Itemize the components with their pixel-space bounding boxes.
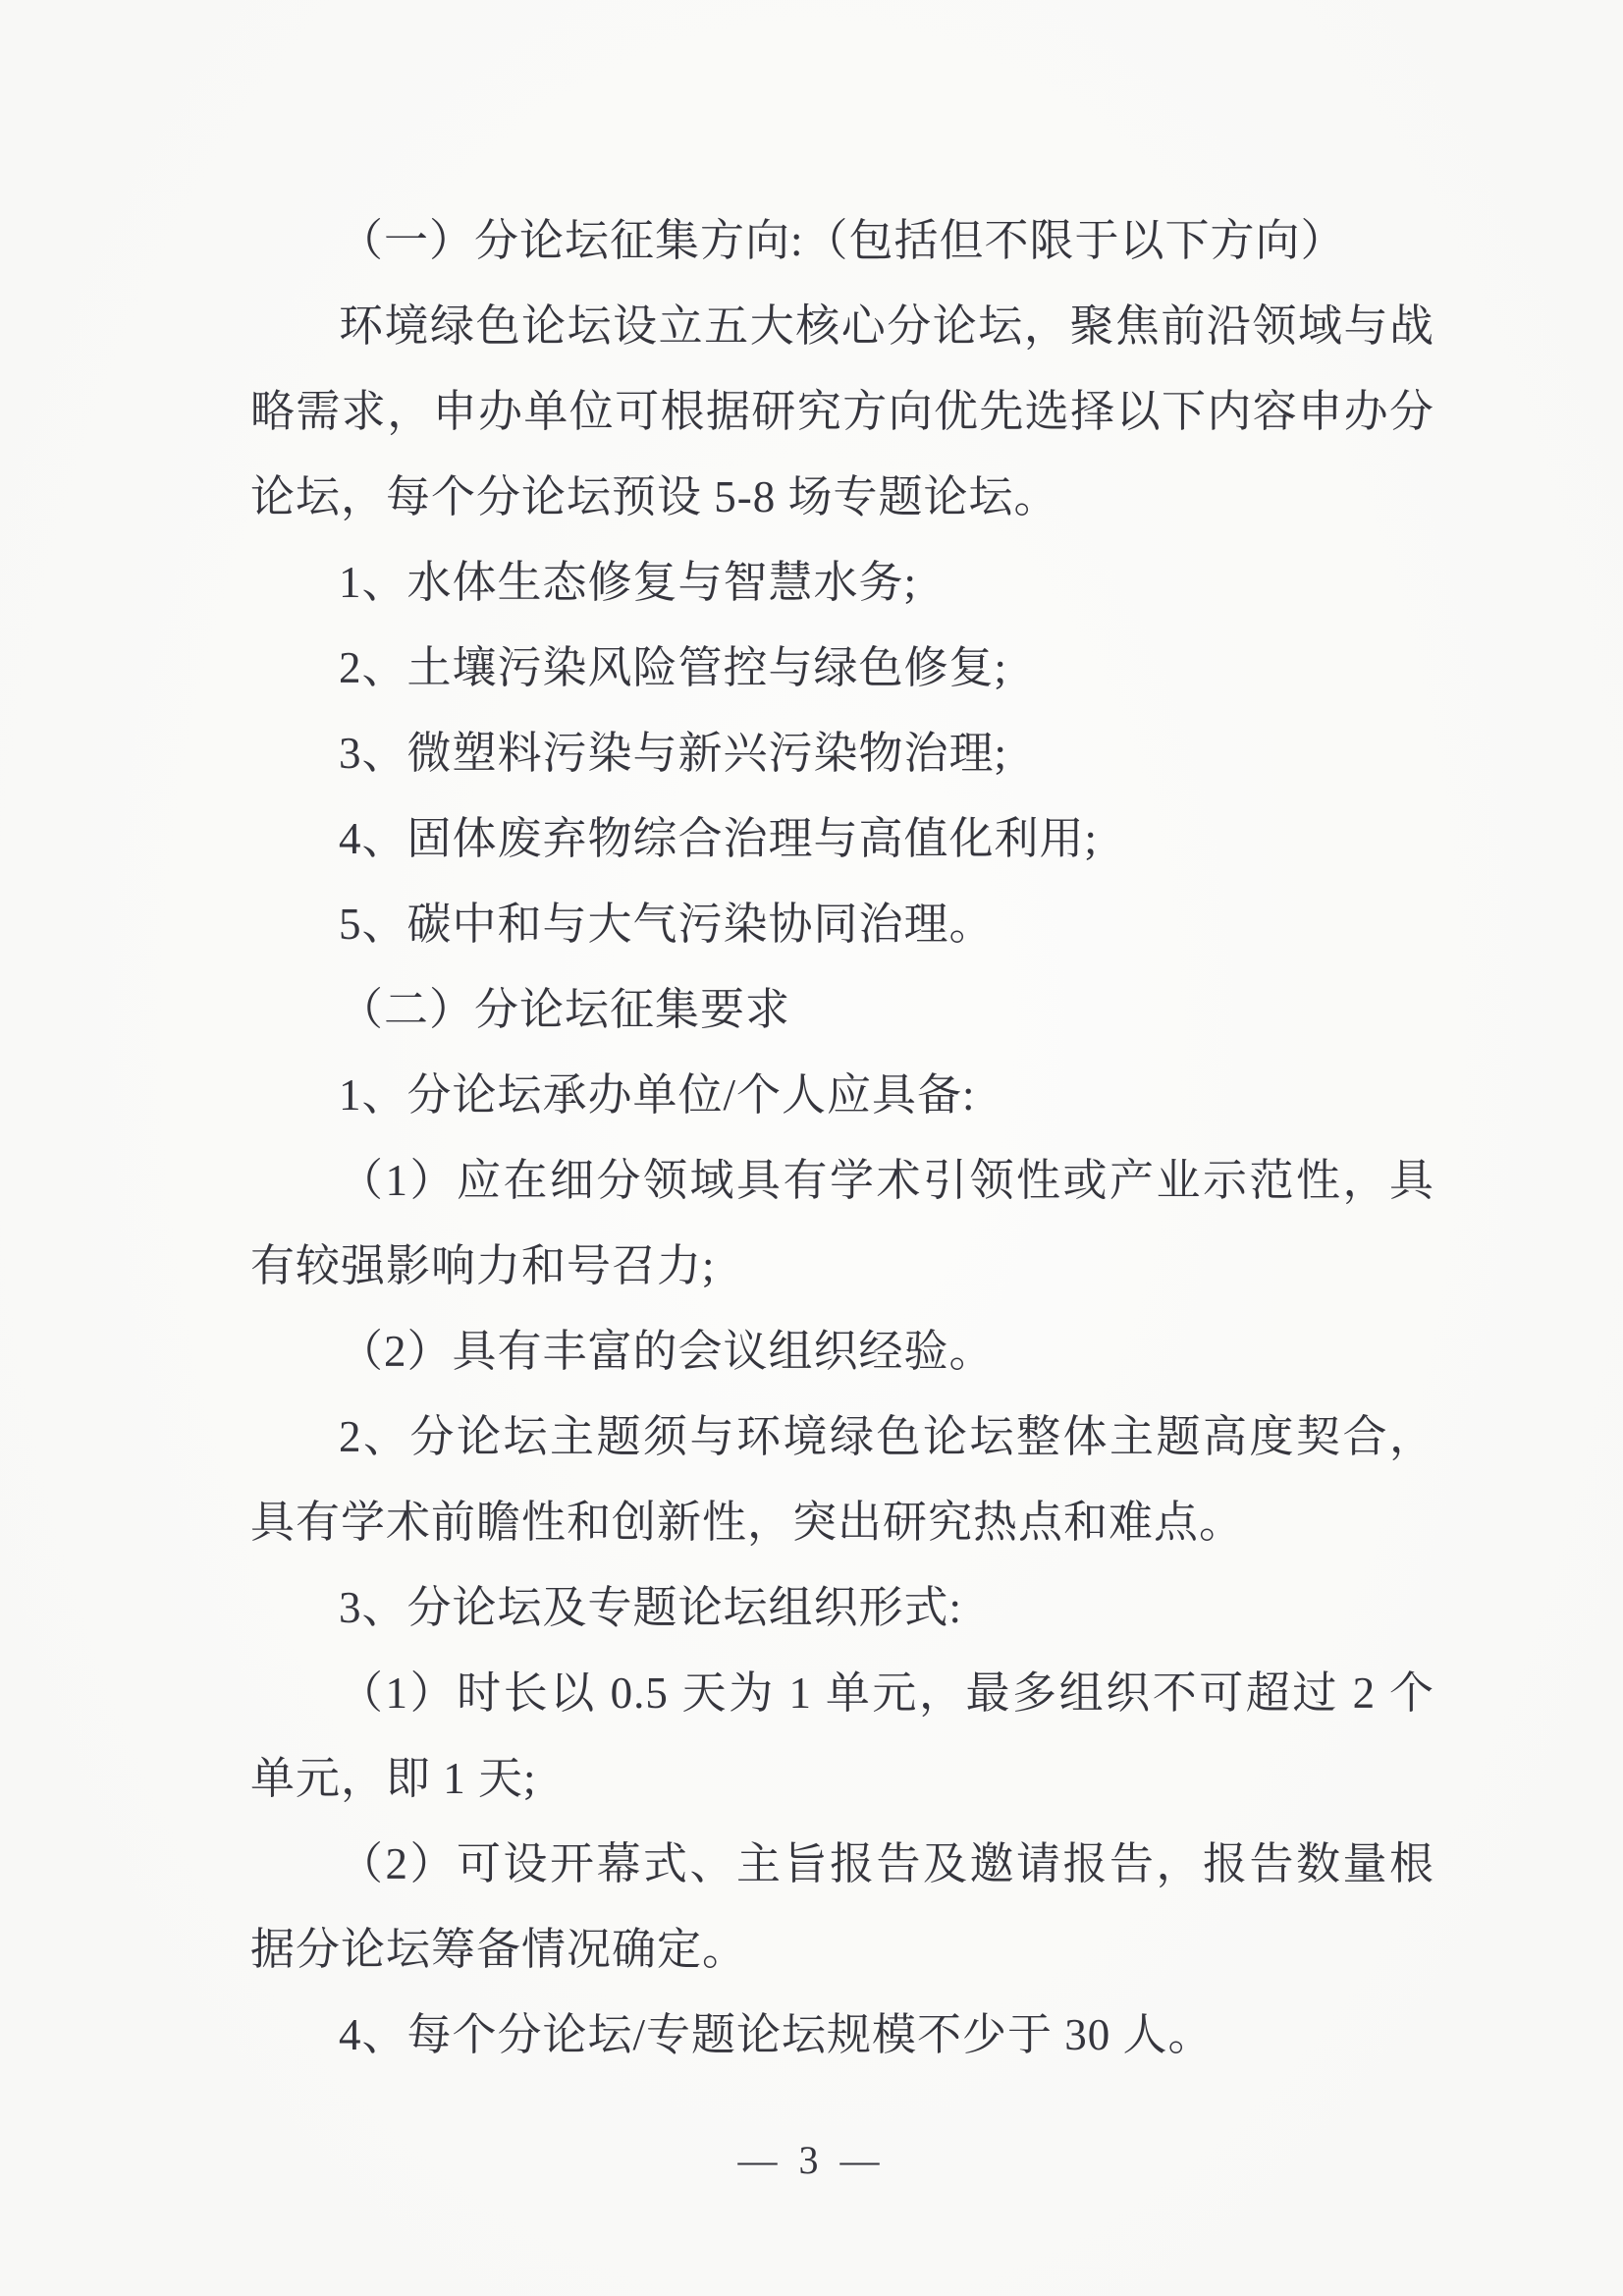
page-number: — 3 — — [738, 2138, 886, 2182]
body-text-line: 论坛，每个分论坛预设 5-8 场专题论坛。 — [250, 455, 1434, 540]
sub-item-line: （1）应在细分领域具有学术引领性或产业示范性，具 — [250, 1138, 1434, 1224]
sub-item-line: （2）可设开幕式、主旨报告及邀请报告，报告数量根 — [250, 1822, 1434, 1907]
list-item-line: 2、土壤污染风险管控与绿色修复; — [250, 626, 1434, 711]
list-item-line: 5、碳中和与大气污染协同治理。 — [250, 882, 1434, 967]
list-item-line: 3、微塑料污染与新兴污染物治理; — [250, 711, 1434, 796]
document-page: （一）分论坛征集方向:（包括但不限于以下方向） 环境绿色论坛设立五大核心分论坛，… — [0, 0, 1623, 2296]
body-text-line: 环境绿色论坛设立五大核心分论坛，聚焦前沿领域与战 — [250, 284, 1434, 369]
sub-item-line: （2）具有丰富的会议组织经验。 — [250, 1309, 1434, 1394]
section-heading-line: （一）分论坛征集方向:（包括但不限于以下方向） — [250, 198, 1434, 284]
body-text-line: 有较强影响力和号召力; — [250, 1224, 1434, 1309]
list-item-line: 4、每个分论坛/专题论坛规模不少于 30 人。 — [250, 1993, 1434, 2078]
list-item-line: 1、分论坛承办单位/个人应具备: — [250, 1053, 1434, 1138]
list-item-line: 3、分论坛及专题论坛组织形式: — [250, 1565, 1434, 1651]
list-item-line: 4、固体废弃物综合治理与高值化利用; — [250, 796, 1434, 882]
document-body: （一）分论坛征集方向:（包括但不限于以下方向） 环境绿色论坛设立五大核心分论坛，… — [250, 198, 1434, 2078]
list-item-line: 2、分论坛主题须与环境绿色论坛整体主题高度契合， — [250, 1394, 1434, 1480]
page-footer: — 3 — — [0, 2139, 1623, 2182]
body-text-line: 单元，即 1 天; — [250, 1736, 1434, 1822]
list-item-line: 1、水体生态修复与智慧水务; — [250, 540, 1434, 626]
section-heading-line: （二）分论坛征集要求 — [250, 967, 1434, 1053]
sub-item-line: （1）时长以 0.5 天为 1 单元，最多组织不可超过 2 个 — [250, 1651, 1434, 1736]
body-text-line: 据分论坛筹备情况确定。 — [250, 1907, 1434, 1993]
body-text-line: 具有学术前瞻性和创新性，突出研究热点和难点。 — [250, 1480, 1434, 1565]
body-text-line: 略需求，申办单位可根据研究方向优先选择以下内容申办分 — [250, 369, 1434, 455]
